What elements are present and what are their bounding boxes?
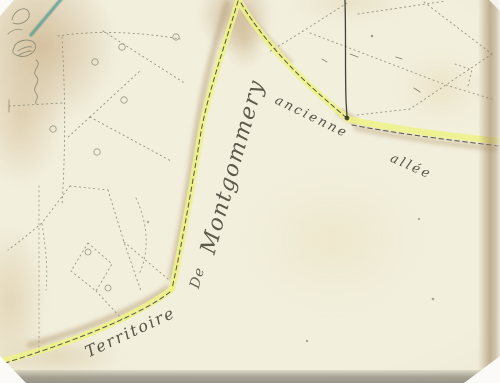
pencil-doodle-4 <box>8 29 22 34</box>
map-svg <box>0 0 500 383</box>
road-right-arm <box>239 1 348 119</box>
parcel-dotted-ne-5 <box>357 109 410 115</box>
paper-speck <box>147 221 149 223</box>
paper-speck <box>418 218 420 220</box>
parcel-number-mark <box>50 126 56 132</box>
parcel-number-mark <box>119 44 125 50</box>
parcel-number-mark <box>173 34 179 40</box>
paper-speck <box>371 35 374 38</box>
survey-tick-4 <box>322 59 327 62</box>
parcel-dotted-ne-1 <box>269 3 347 52</box>
parcel-dotted-15 <box>70 186 108 190</box>
sheet-edge-bottom <box>0 370 500 383</box>
boundary-node-blob <box>345 116 350 121</box>
survey-tick-1 <box>350 54 358 57</box>
sheet-edge-right <box>478 0 500 383</box>
parcel-dotted-3 <box>62 37 65 206</box>
parcel-number-mark <box>94 149 100 155</box>
parcel-dotted-7 <box>66 117 90 139</box>
survey-tick-3 <box>414 88 420 92</box>
parcel-corner-bracket <box>455 64 472 86</box>
parcel-dotted-ne-2 <box>358 1 446 14</box>
road-left-arm <box>172 1 238 289</box>
parcel-dotted-13 <box>96 291 122 319</box>
pencil-doodle-1 <box>12 9 29 24</box>
parcel-number-mark <box>85 249 91 255</box>
pencil-doodle-2 <box>13 40 36 56</box>
parcel-dotted-8 <box>90 117 171 161</box>
parcel-dotted-12 <box>136 198 146 274</box>
parcel-dotted-10 <box>42 224 47 290</box>
paper-speck <box>432 298 435 301</box>
teal-sheet-line <box>31 0 63 35</box>
cadastral-map-sheet: ancienne allée Montgommery De Territoire <box>0 0 500 383</box>
parcel-dotted-1 <box>58 32 180 39</box>
paper-speck <box>306 340 308 342</box>
parcel-number-mark <box>92 59 98 65</box>
parcel-diamond <box>71 243 112 291</box>
parcel-dotted-11 <box>108 190 141 291</box>
boundary-solid-vertical <box>345 0 347 117</box>
parcel-dotted-14 <box>124 242 168 279</box>
shade-bottom-road <box>30 288 167 345</box>
parcel-dotted-6 <box>90 70 141 117</box>
pencil-doodle-3 <box>35 60 39 104</box>
parcel-dotted-ne-6 <box>310 33 495 100</box>
survey-tick-2 <box>396 57 402 59</box>
parcel-number-mark <box>121 97 127 103</box>
parcel-number-mark <box>105 285 111 291</box>
